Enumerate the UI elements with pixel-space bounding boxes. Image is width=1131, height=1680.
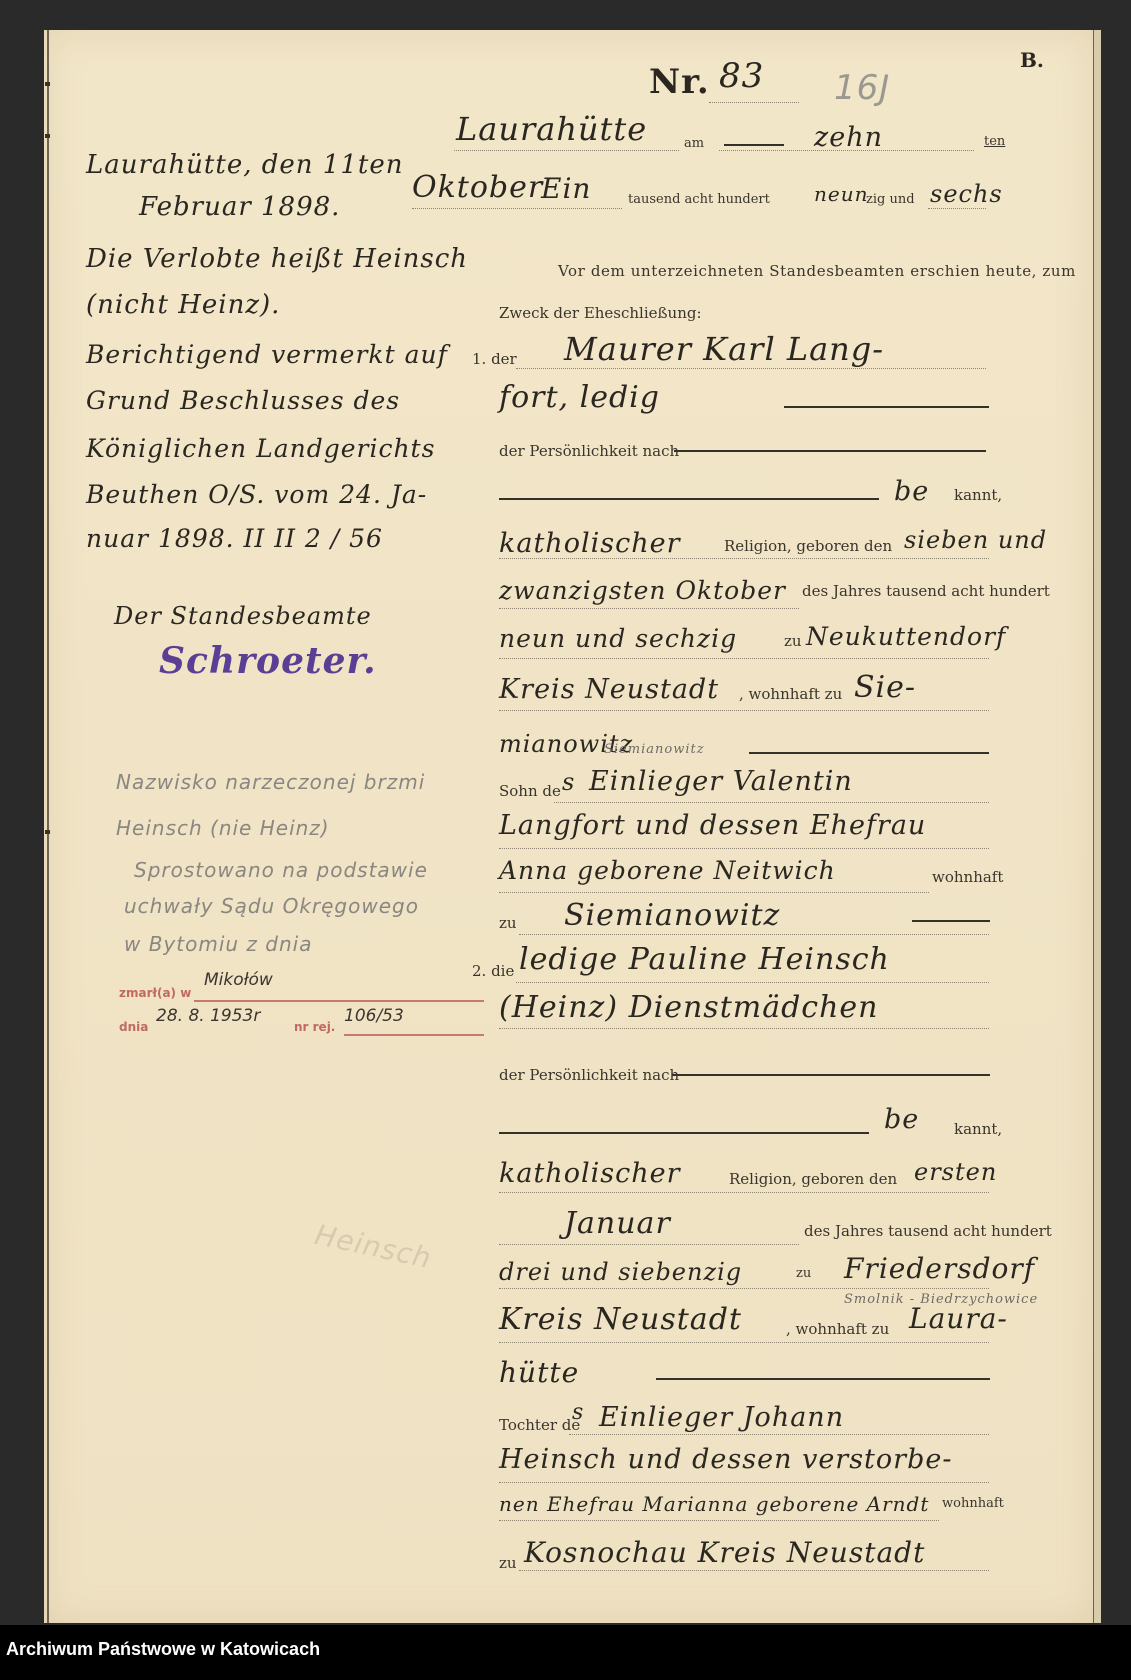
bride-zu-label: zu (796, 1266, 811, 1281)
signature-title: Der Standesbeamte (114, 602, 372, 630)
bride-birth-day-1: ersten (914, 1158, 997, 1186)
bride-birth-year: drei und siebenzig (499, 1258, 742, 1286)
groom-line-1-dots (516, 368, 986, 369)
marriage-day: zehn (814, 122, 883, 153)
son-label: Sohn de (499, 782, 561, 800)
bride-birth-day-2: Januar (564, 1206, 671, 1241)
place-dots (454, 150, 679, 151)
groom-parents-1: Einlieger Valentin (589, 766, 853, 797)
polish-note-line: uchwały Sądu Okręgowego (124, 894, 419, 918)
polish-note-line: Heinsch (nie Heinz) (116, 816, 330, 840)
margin-line: Grund Beschlusses des (86, 386, 400, 415)
bride-parents-residence-dots (519, 1570, 989, 1571)
margin-line: Februar 1898. (139, 192, 340, 222)
bride-line-2: (Heinz) Dienstmädchen (499, 990, 879, 1025)
reg-number: 106/53 (344, 1006, 404, 1026)
binding-stitch (45, 82, 50, 86)
groom-parents-zu-label: zu (499, 914, 517, 932)
page-edge (1093, 30, 1101, 1623)
bride-parents-2: Heinsch und dessen verstorbe- (499, 1444, 952, 1475)
groom-birth-day-2: zwanzigsten Oktober (499, 576, 786, 605)
daughter-label: Tochter de (499, 1416, 580, 1434)
bride-birth-year-dots (499, 1288, 989, 1289)
bride-parents-residence-label: wohnhaft (942, 1496, 1004, 1511)
groom-religion-dots (499, 558, 989, 559)
bride-residence-1: Laura- (909, 1302, 1008, 1335)
bride-identity-rule (672, 1074, 990, 1076)
margin-line: Königlichen Landgerichts (86, 434, 435, 463)
margin-line: Berichtigend vermerkt auf (86, 340, 448, 369)
bride-line-1: ledige Pauline Heinsch (519, 942, 890, 977)
daughter-dots (569, 1434, 989, 1435)
groom-zu-label: zu (784, 632, 802, 650)
bride-identity-label: der Persönlichkeit nach (499, 1066, 679, 1084)
archive-name: Archiwum Państwowe w Katowicach (6, 1639, 320, 1660)
groom-birth-day-dots (499, 608, 799, 609)
bride-parents-3: nen Ehefrau Marianna geborene Arndt (499, 1492, 929, 1516)
year-decade: neun (814, 182, 868, 206)
groom-residence-label: , wohnhaft zu (739, 685, 842, 703)
bride-parents-1: Einlieger Johann (599, 1402, 844, 1433)
register-page: Nr. 83 16J B. Laurahütte am zehn ten Okt… (44, 30, 1094, 1623)
bride-known-suffix: kannt, (954, 1120, 1002, 1138)
reg-line (344, 1034, 484, 1036)
bride-parents-residence: Kosnochau Kreis Neustadt (524, 1536, 925, 1569)
margin-line: Die Verlobte heißt Heinsch (86, 244, 468, 274)
son-dots (554, 802, 989, 803)
polish-note-line: Sprostowano na podstawie (134, 858, 428, 882)
bride-num-label: 2. die (472, 962, 514, 980)
year-unit-dots (928, 208, 986, 209)
record-number-label: Nr. (649, 62, 710, 102)
groom-residence-1: Sie- (854, 670, 916, 705)
bleed-through-text: Heinsch (312, 1218, 435, 1275)
polish-note-line: Nazwisko narzeczonej brzmi (116, 770, 425, 794)
groom-pencil-above: Siemianowitz (604, 742, 705, 757)
groom-parents-residence-label: wohnhaft (932, 868, 1003, 886)
reg-label: nr rej. (294, 1020, 335, 1034)
groom-birthplace: Neukuttendorf (806, 622, 1006, 651)
intro-line-1: Vor dem unterzeichneten Standesbeamten e… (558, 262, 1076, 280)
place-of-marriage: Laurahütte (456, 110, 647, 148)
bride-district: Kreis Neustadt (499, 1302, 742, 1337)
groom-line-1: Maurer Karl Lang- (564, 330, 884, 368)
margin-line: Laurahütte, den 11ten (86, 150, 403, 180)
groom-parents-residence-dots (519, 934, 989, 935)
ten-suffix: ten (984, 134, 1005, 149)
bride-residence-rule (656, 1378, 990, 1380)
month-dots (412, 208, 622, 209)
am-label: am (684, 136, 704, 151)
groom-birth-year: neun und sechzig (499, 624, 737, 653)
groom-birth-year-dots (499, 658, 989, 659)
bride-district-dots (499, 1342, 989, 1343)
margin-line: nuar 1898. II II 2 / 56 (86, 524, 383, 553)
record-number: 83 (719, 56, 764, 96)
official-signature: Schroeter. (159, 640, 377, 682)
groom-identity-label: der Persönlichkeit nach (499, 442, 679, 460)
groom-line-2-rule (784, 406, 989, 408)
bride-religion-dots (499, 1192, 989, 1193)
groom-parents-residence-rule (912, 920, 990, 922)
bride-line-1-dots (516, 982, 989, 983)
groom-district-dots (499, 710, 989, 711)
groom-known-rule (499, 498, 879, 500)
margin-line: (nicht Heinz). (86, 290, 280, 320)
date-label: dnia (119, 1020, 148, 1034)
bride-parents-2-dots (499, 1482, 989, 1483)
bride-parents-zu-label: zu (499, 1554, 517, 1572)
year-text-1: tausend acht hundert (628, 192, 770, 207)
groom-parents-3-dots (499, 892, 929, 893)
binding-stitch (45, 830, 50, 834)
bride-line-2-dots (499, 1028, 989, 1029)
daughter-suffix: s (572, 1400, 584, 1425)
day-dots (719, 150, 974, 151)
pencil-folio: 16J (834, 68, 890, 108)
groom-num-label: 1. der (472, 350, 517, 368)
margin-line: Beuthen O/S. vom 24. Ja- (86, 480, 427, 509)
groom-residence-rule (749, 752, 989, 754)
groom-parents-residence: Siemianowitz (564, 898, 780, 933)
groom-identity-rule (674, 450, 986, 452)
groom-line-2: fort, ledig (499, 380, 660, 415)
year-unit: sechs (930, 180, 1003, 208)
book-gutter (47, 30, 49, 1623)
bride-religion: katholischer (499, 1158, 680, 1189)
groom-religion-label: Religion, geboren den (724, 537, 892, 555)
bride-religion-label: Religion, geboren den (729, 1170, 897, 1188)
groom-known-hand: be (894, 476, 929, 507)
marriage-month: Oktober (412, 170, 543, 205)
groom-parents-2-dots (499, 848, 989, 849)
binding-stitch (45, 134, 50, 138)
bride-birth-day-dots (499, 1244, 799, 1245)
bride-year-label: des Jahres tausend acht hundert (804, 1222, 1052, 1240)
intro-line-2: Zweck der Eheschließung: (499, 304, 702, 322)
groom-parents-2: Langfort und dessen Ehefrau (499, 810, 926, 841)
archive-footer: Archiwum Państwowe w Katowicach (0, 1625, 1131, 1680)
year-prefix: Ein (541, 172, 591, 205)
son-suffix: s (562, 768, 575, 796)
death-date: 28. 8. 1953r (156, 1006, 260, 1026)
groom-district: Kreis Neustadt (499, 674, 719, 705)
groom-birth-day-1: sieben und (904, 526, 1047, 554)
groom-parents-3: Anna geborene Neitwich (499, 856, 836, 885)
bride-birthplace: Friedersdorf (844, 1252, 1035, 1285)
dash-rule (724, 144, 784, 146)
groom-year-label: des Jahres tausend acht hundert (802, 582, 1050, 600)
bride-known-hand: be (884, 1104, 919, 1135)
bride-residence-label: , wohnhaft zu (786, 1320, 889, 1338)
form-letter: B. (1020, 48, 1044, 72)
died-place: Mikołów (204, 970, 273, 990)
record-number-dots (709, 102, 799, 103)
bride-residence-2: hütte (499, 1356, 579, 1389)
died-label: zmarł(a) w (119, 986, 191, 1000)
groom-religion: katholischer (499, 528, 680, 559)
groom-known-suffix: kannt, (954, 486, 1002, 504)
polish-note-line: w Bytomiu z dnia (124, 932, 312, 956)
bride-known-rule (499, 1132, 869, 1134)
died-line (194, 1000, 484, 1002)
year-text-2: zig und (866, 192, 915, 207)
bride-parents-3-dots (499, 1520, 939, 1521)
